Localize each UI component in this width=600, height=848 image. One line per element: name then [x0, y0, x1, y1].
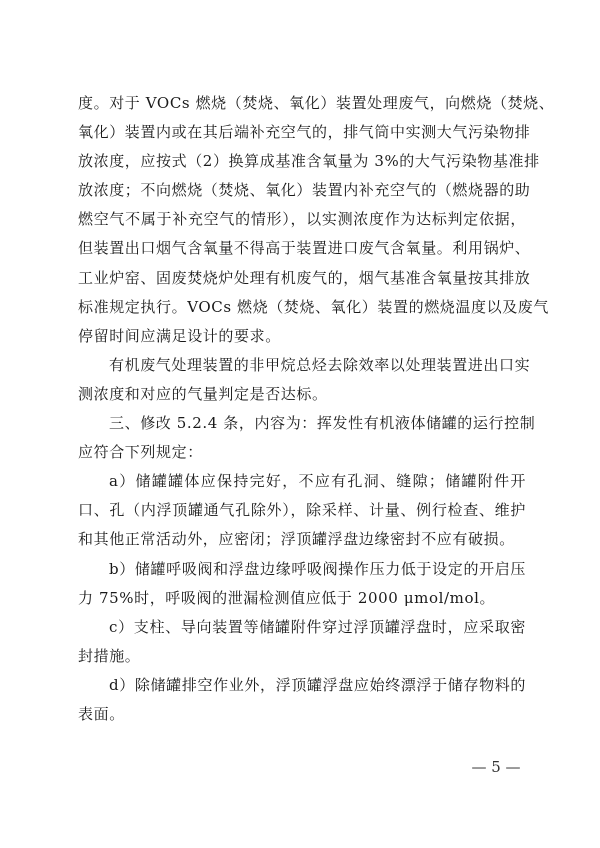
text-line: 封措施。 [78, 642, 526, 671]
text-line: 但装置出口烟气含氧量不得高于装置进口废气含氧量。利用锅炉、 [78, 234, 526, 263]
list-item-c: c）支柱、导向装置等储罐附件穿过浮顶罐浮盘时，应采取密 封措施。 [78, 613, 526, 671]
text-line: 应符合下列规定： [78, 438, 526, 467]
text-line: 口、孔（内浮顶罐通气孔除外），除采样、计量、例行检查、维护 [78, 496, 526, 525]
text-line: 放浓度；不向燃烧（焚烧、氧化）装置内补充空气的（燃烧器的助 [78, 176, 526, 205]
text-line: 放浓度，应按式（2）换算成基准含氧量为 3%的大气污染物基准排 [78, 147, 526, 176]
text-line: 力 75%时，呼吸阀的泄漏检测值应低于 2000 μmol/mol。 [78, 584, 526, 613]
text-line: 度。对于 VOCs 燃烧（焚烧、氧化）装置处理废气，向燃烧（焚烧、 [78, 89, 526, 118]
paragraph-voc-combustion: 度。对于 VOCs 燃烧（焚烧、氧化）装置处理废气，向燃烧（焚烧、 氧化）装置内… [78, 89, 526, 351]
list-item-b: b）储罐呼吸阀和浮盘边缘呼吸阀操作压力低于设定的开启压 力 75%时，呼吸阀的泄… [78, 555, 526, 613]
paragraph-removal-efficiency: 有机废气处理装置的非甲烷总烃去除效率以处理装置进出口实 测浓度和对应的气量判定是… [78, 351, 526, 409]
document-page: 度。对于 VOCs 燃烧（焚烧、氧化）装置处理废气，向燃烧（焚烧、 氧化）装置内… [0, 0, 600, 848]
text-line: 测浓度和对应的气量判定是否达标。 [78, 380, 526, 409]
text-line: b）储罐呼吸阀和浮盘边缘呼吸阀操作压力低于设定的开启压 [78, 555, 526, 584]
page-number: — 5 — [466, 757, 526, 777]
text-line: a）储罐罐体应保持完好，不应有孔洞、缝隙；储罐附件开 [78, 467, 526, 496]
text-line: 工业炉窑、固废焚烧炉处理有机废气的，烟气基准含氧量按其排放 [78, 264, 526, 293]
body-text: 度。对于 VOCs 燃烧（焚烧、氧化）装置处理废气，向燃烧（焚烧、 氧化）装置内… [78, 89, 526, 729]
text-line: 有机废气处理装置的非甲烷总烃去除效率以处理装置进出口实 [78, 351, 526, 380]
text-line: 标准规定执行。VOCs 燃烧（焚烧、氧化）装置的燃烧温度以及废气 [78, 293, 526, 322]
text-line: 和其他正常活动外，应密闭；浮顶罐浮盘边缘密封不应有破损。 [78, 525, 526, 554]
list-item-d: d）除储罐排空作业外，浮顶罐浮盘应始终漂浮于储存物料的 表面。 [78, 671, 526, 729]
text-line: 燃空气不属于补充空气的情形），以实测浓度作为达标判定依据， [78, 205, 526, 234]
text-line: 停留时间应满足设计的要求。 [78, 322, 526, 351]
text-line: 表面。 [78, 700, 526, 729]
text-line: 氧化）装置内或在其后端补充空气的，排气筒中实测大气污染物排 [78, 118, 526, 147]
text-line: 三、修改 5.2.4 条，内容为：挥发性有机液体储罐的运行控制 [78, 409, 526, 438]
text-line: d）除储罐排空作业外，浮顶罐浮盘应始终漂浮于储存物料的 [78, 671, 526, 700]
list-item-a: a）储罐罐体应保持完好，不应有孔洞、缝隙；储罐附件开 口、孔（内浮顶罐通气孔除外… [78, 467, 526, 554]
paragraph-amendment-5-2-4: 三、修改 5.2.4 条，内容为：挥发性有机液体储罐的运行控制 应符合下列规定： [78, 409, 526, 467]
text-line: c）支柱、导向装置等储罐附件穿过浮顶罐浮盘时，应采取密 [78, 613, 526, 642]
